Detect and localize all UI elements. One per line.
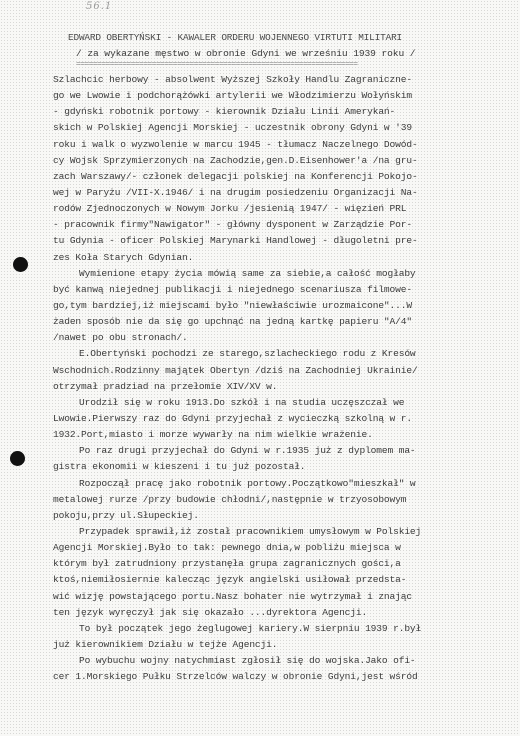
- text-line: Wymienione etapy życia mówią same za sie…: [53, 266, 503, 282]
- text-line: tu Gdynia - oficer Polskiej Marynarki Ha…: [53, 233, 503, 249]
- document-body: Szlachcic herbowy - absolwent Wyższej Sz…: [53, 72, 503, 685]
- text-line: go we Lwowie i podchorążówki artylerii w…: [53, 88, 503, 104]
- text-line: Po wybuchu wojny natychmiast zgłosił się…: [53, 653, 503, 669]
- text-line: - pracownik firmy"Nawigator" - główny dy…: [53, 217, 503, 233]
- text-line: go,tym bardziej,iż miejscami było "niewł…: [53, 298, 503, 314]
- text-line: Przypadek sprawił,iż został pracownikiem…: [53, 524, 503, 540]
- text-line: Wschodnich.Rodzinny majątek Obertyn /dzi…: [53, 363, 503, 379]
- text-line: - gdyński robotnik portowy - kierownik D…: [53, 104, 503, 120]
- text-line: Szlachcic herbowy - absolwent Wyższej Sz…: [53, 72, 503, 88]
- text-line: Po raz drugi przyjechał do Gdyni w r.193…: [53, 443, 503, 459]
- text-line: rodów Zjednoczonych w Nowym Jorku /jesie…: [53, 201, 503, 217]
- text-line: być kanwą niejednej publikacji i niejedn…: [53, 282, 503, 298]
- text-line: Lwowie.Pierwszy raz do Gdyni przyjechał …: [53, 411, 503, 427]
- text-line: żaden sposób nie da się go upchnąć na je…: [53, 314, 503, 330]
- punch-hole: [13, 257, 28, 272]
- text-line: metalowej rurze /przy budowie chłodni/,n…: [53, 492, 503, 508]
- text-line: 1932.Port,miasto i morze wywarły na nim …: [53, 427, 503, 443]
- text-line: zach Warszawy/- członek delegacji polski…: [53, 169, 503, 185]
- text-line: E.Obertyński pochodzi ze starego,szlache…: [53, 346, 503, 362]
- text-line: Rozpoczął pracę jako robotnik portowy.Po…: [53, 476, 503, 492]
- text-line: cy Wojsk Sprzymierzonych na Zachodzie,ge…: [53, 153, 503, 169]
- document-title: EDWARD OBERTYŃSKI - KAWALER ORDERU WOJEN…: [68, 32, 488, 43]
- text-line: wej w Paryżu /VII-X.1946/ i na drugim po…: [53, 185, 503, 201]
- handwritten-page-note: 56.1: [86, 1, 112, 12]
- text-line: już kierownikiem Działu w tejże Agencji.: [53, 637, 503, 653]
- text-line: skich w Polskiej Agencji Morskiej - ucze…: [53, 120, 503, 136]
- text-line: ten język wyręczył jak się okazało ...dy…: [53, 605, 503, 621]
- document-subtitle: / za wykazane męstwo w obronie Gdyni we …: [76, 48, 496, 59]
- text-line: wić wizję powstającego portu.Nasz bohate…: [53, 589, 503, 605]
- text-line: cer 1.Morskiego Pułku Strzelców walczy w…: [53, 669, 503, 685]
- text-line: Urodził się w roku 1913.Do szkół i na st…: [53, 395, 503, 411]
- text-line: zes Koła Starych Gdynian.: [53, 250, 503, 266]
- text-line: gistra ekonomii w kieszeni i tu już pozo…: [53, 459, 503, 475]
- text-line: ktoś,niemiłosiernie kalecząc język angie…: [53, 572, 503, 588]
- text-line: Agencji Morskiej.Było to tak: pewnego dn…: [53, 540, 503, 556]
- text-line: pokoju,przy ul.Słupeckiej.: [53, 508, 503, 524]
- text-line: roku i walk o wyzwolenie w marcu 1945 - …: [53, 137, 503, 153]
- title-underline-rule: ========================================…: [76, 60, 446, 69]
- text-line: którym był zatrudniony przystanęła grupa…: [53, 556, 503, 572]
- text-line: otrzymał pradziad na przełomie XIV/XV w.: [53, 379, 503, 395]
- text-line: To był początek jego żeglugowej kariery.…: [53, 621, 503, 637]
- text-line: /nawet po obu stronach/.: [53, 330, 503, 346]
- punch-hole: [10, 451, 25, 466]
- scanned-document-page: 56.1 EDWARD OBERTYŃSKI - KAWALER ORDERU …: [0, 0, 520, 736]
